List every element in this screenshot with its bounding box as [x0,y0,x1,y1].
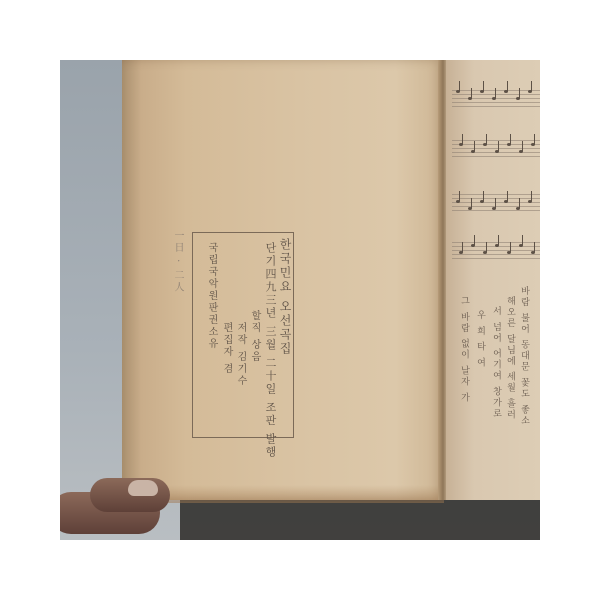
note-stem [522,141,523,151]
note-stem [471,198,472,208]
note-stem [486,134,487,144]
note-stem [462,242,463,252]
note-stem [507,81,508,91]
note-stem [483,191,484,201]
note-stem [495,198,496,208]
pencil-note: 一日 · 二人 [170,230,185,294]
note-stem [531,81,532,91]
note-stem [522,235,523,245]
colophon-author: 저작 김기수 [233,322,248,387]
book-photo: 한국민요 오선곡집 단기四九三년 三월 二十일 조판 발행 할직 상음 저작 김… [60,60,540,540]
colophon-line: 편집자 겸 [219,322,234,375]
note-stem [519,88,520,98]
note-stem [498,141,499,151]
note-stem [483,81,484,91]
note-stem [474,235,475,245]
lyric-line: 우 희 타 여 [474,310,487,369]
lyric-line: 그 바람 없이 날자 가 [458,296,471,403]
holding-hand [60,470,180,540]
note-stem [471,88,472,98]
note-stem [510,134,511,144]
staff-row [452,194,540,212]
colophon-publisher: 국립국악원판권소유 [204,242,219,350]
note-stem [507,191,508,201]
colophon-date: 단기四九三년 三월 二十일 조판 발행 [262,242,278,459]
sheet-music [452,70,540,290]
note-stem [459,81,460,91]
note-stem [459,191,460,201]
colophon-line: 할직 상음 [247,310,262,363]
staff-row [452,140,540,158]
thumbnail [128,480,158,496]
note-stem [498,235,499,245]
note-stem [519,198,520,208]
note-stem [531,191,532,201]
note-stem [462,134,463,144]
note-stem [534,134,535,144]
note-stem [495,88,496,98]
note-stem [486,242,487,252]
note-stem [534,242,535,252]
lyric-line: 서 넘어 어기여 창가로 [490,306,503,420]
note-stem [510,242,511,252]
note-stem [474,141,475,151]
staff-row [452,90,540,108]
book-shadow [180,500,540,540]
lyric-line: 바람 불어 동대문 꽃도 좋소 [518,286,531,426]
colophon-title: 한국민요 오선곡집 [277,238,294,356]
lyric-line: 해오른 달님에 세월 흘러 [504,296,517,421]
